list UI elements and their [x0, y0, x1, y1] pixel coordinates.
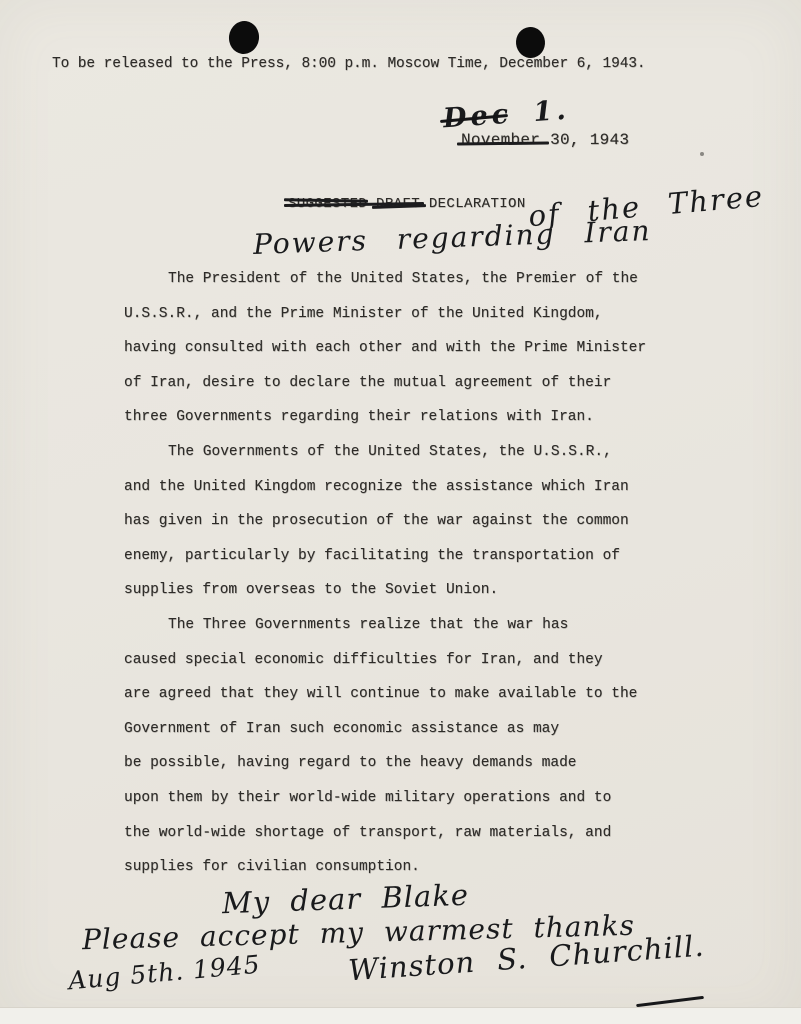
typed-line: upon them by their world-wide military o…: [124, 781, 646, 816]
handwritten-note-date: Aug 5th. 1945: [67, 950, 261, 996]
typed-line: the world-wide shortage of transport, ra…: [124, 816, 646, 851]
document-page: To be released to the Press, 8:00 p.m. M…: [0, 0, 801, 1024]
typed-line: Government of Iran such economic assista…: [124, 712, 646, 747]
typed-line: and the United Kingdom recognize the ass…: [124, 470, 646, 505]
typed-line: The Governments of the United States, th…: [124, 435, 646, 470]
typed-line: having consulted with each other and wit…: [124, 331, 646, 366]
press-release-line: To be released to the Press, 8:00 p.m. M…: [52, 56, 646, 72]
typed-line: The President of the United States, the …: [124, 262, 646, 297]
typed-date-day-year: 30, 1943: [540, 131, 629, 149]
hole-punch-left: [227, 19, 261, 56]
typed-line: supplies from overseas to the Soviet Uni…: [124, 573, 646, 608]
typed-line: has given in the prosecution of the war …: [124, 504, 646, 539]
body-text: The President of the United States, the …: [124, 262, 646, 885]
handwritten-title-line2: Powers regarding Iran: [253, 214, 653, 261]
typed-line: of Iran, desire to declare the mutual ag…: [124, 366, 646, 401]
hole-punch-right: [514, 26, 546, 60]
typed-line: enemy, particularly by facilitating the …: [124, 539, 646, 574]
typed-line: be possible, having regard to the heavy …: [124, 746, 646, 781]
typed-date: November 30, 1943: [461, 131, 629, 149]
typed-line: caused special economic difficulties for…: [124, 643, 646, 678]
typed-line: are agreed that they will continue to ma…: [124, 677, 646, 712]
typed-line: supplies for civilian consumption.: [124, 850, 646, 885]
typed-line: U.S.S.R., and the Prime Minister of the …: [124, 297, 646, 332]
typed-line: three Governments regarding their relati…: [124, 400, 646, 435]
typed-date-month-struck: November: [461, 131, 540, 149]
signature-underline-flourish: [636, 996, 704, 1007]
ink-speck: [700, 152, 704, 156]
paper-bottom-edge: [0, 1007, 801, 1024]
title-word-declaration: DECLARATION: [429, 196, 526, 212]
typed-line: The Three Governments realize that the w…: [124, 608, 646, 643]
